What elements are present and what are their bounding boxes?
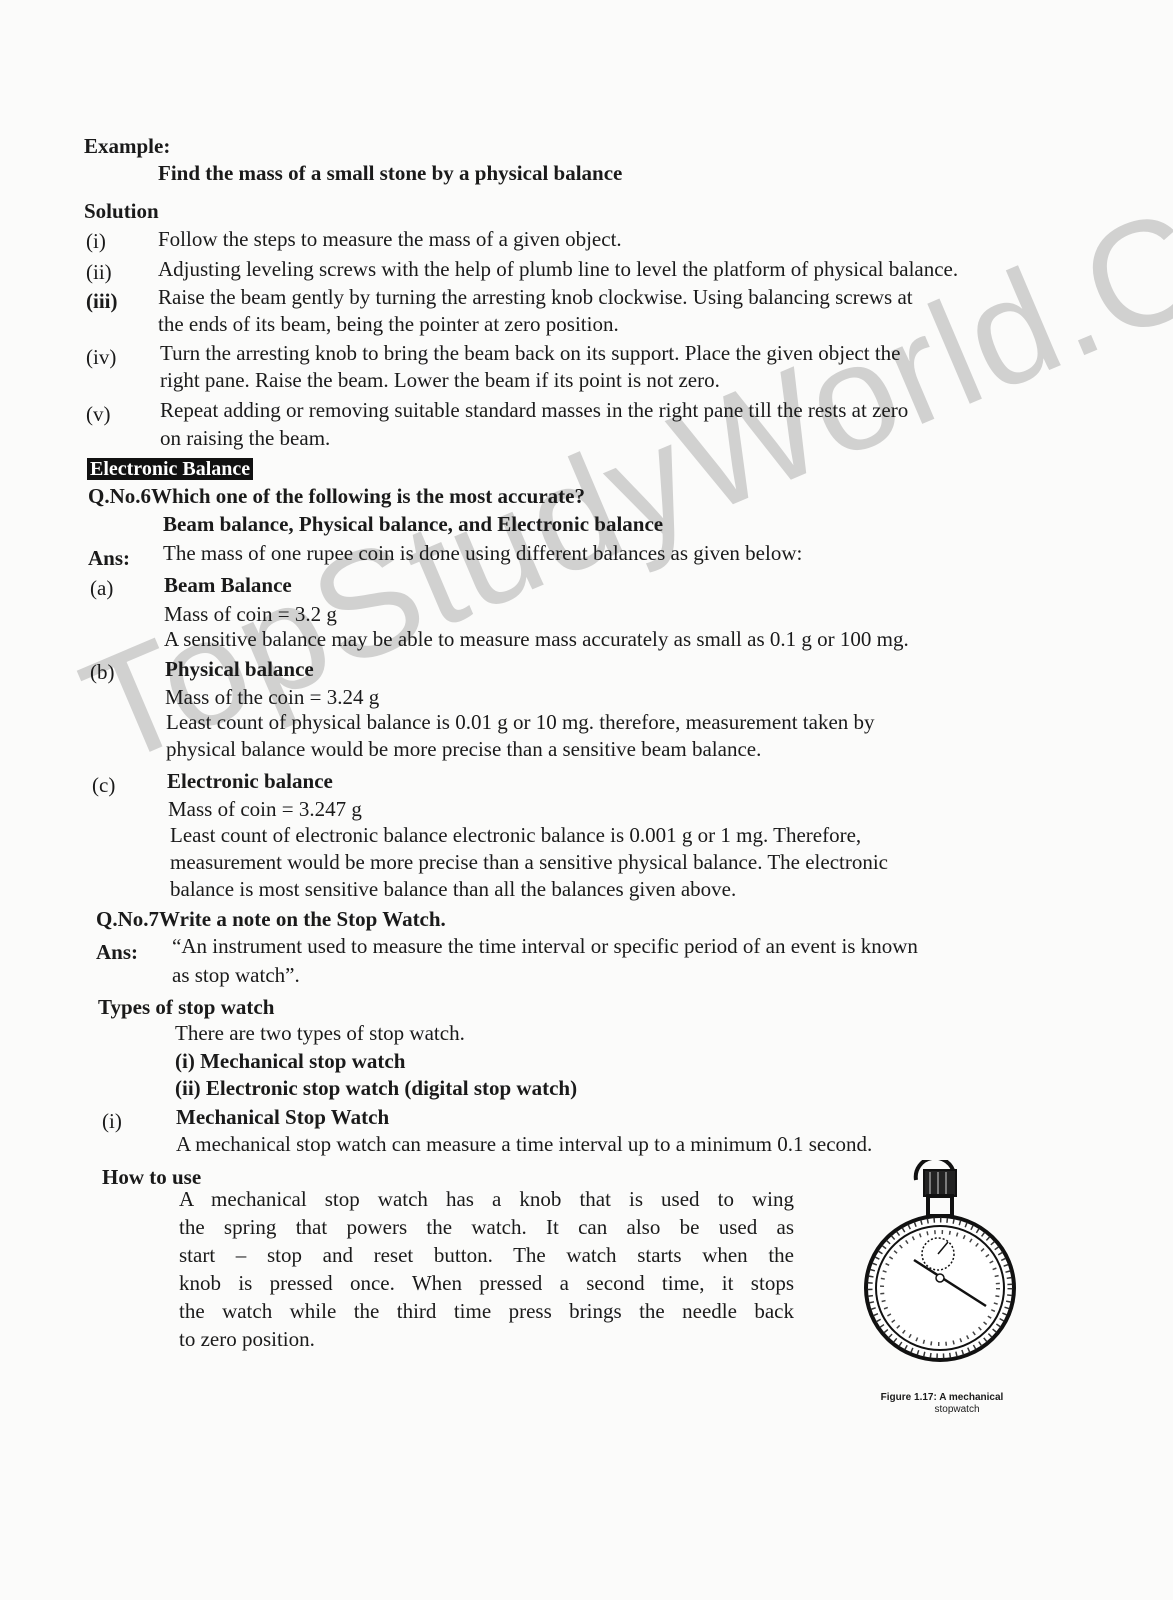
part-mass: Mass of the coin = 3.24 g	[165, 684, 379, 710]
step-text: Follow the steps to measure the mass of …	[158, 226, 622, 252]
step-label: (ii)	[86, 259, 112, 285]
step-text: Adjusting leveling screws with the help …	[158, 256, 958, 282]
step-text: Raise the beam gently by turning the arr…	[158, 284, 913, 310]
document-page: TopStudyWorld.Com Example: Find the mass…	[0, 0, 1173, 1600]
step-label: (i)	[86, 228, 106, 254]
q6-ans-text: The mass of one rupee coin is done using…	[163, 540, 802, 566]
q7-ans-text: “An instrument used to measure the time …	[172, 933, 918, 959]
part-mass: Mass of coin = 3.2 g	[164, 601, 337, 627]
mech-title: Mechanical Stop Watch	[176, 1104, 389, 1130]
example-heading: Example:	[84, 133, 170, 159]
step-label: (iv)	[86, 344, 116, 370]
step-text: Turn the arresting knob to bring the bea…	[160, 340, 901, 366]
part-title: Electronic balance	[167, 768, 333, 794]
part-title: Physical balance	[165, 656, 314, 682]
solution-heading: Solution	[84, 198, 159, 224]
q7-question: Q.No.7Write a note on the Stop Watch.	[96, 906, 446, 932]
part-text: A sensitive balance may be able to measu…	[164, 626, 909, 652]
part-label: (a)	[90, 575, 113, 601]
caption-line: stopwatch	[862, 1404, 1022, 1416]
q6-question: Q.No.6Which one of the following is the …	[88, 483, 585, 509]
how-line: the spring that powers the watch. It can…	[179, 1214, 794, 1240]
caption-line: Figure 1.17: A mechanical	[862, 1392, 1022, 1404]
step-text: Repeat adding or removing suitable stand…	[160, 397, 908, 423]
part-text: balance is most sensitive balance than a…	[170, 876, 736, 902]
q6-ans-label: Ans:	[88, 545, 130, 571]
how-line: the watch while the third time press bri…	[179, 1298, 794, 1324]
mech-text: A mechanical stop watch can measure a ti…	[176, 1131, 872, 1157]
figure-caption: Figure 1.17: A mechanical stopwatch	[862, 1392, 1022, 1416]
stopwatch-figure	[858, 1160, 1028, 1390]
part-text: physical balance would be more precise t…	[166, 736, 761, 762]
mech-label: (i)	[102, 1108, 122, 1134]
how-line: A mechanical stop watch has a knob that …	[179, 1186, 794, 1212]
part-label: (b)	[90, 659, 115, 685]
type-item: (i) Mechanical stop watch	[175, 1048, 405, 1074]
q7-ans-text: as stop watch”.	[172, 962, 300, 988]
part-text: Least count of electronic balance electr…	[170, 822, 861, 848]
part-title: Beam Balance	[164, 572, 292, 598]
part-label: (c)	[92, 772, 115, 798]
q7-ans-label: Ans:	[96, 939, 138, 965]
q6-subtitle: Beam balance, Physical balance, and Elec…	[163, 511, 663, 537]
section-badge: Electronic Balance	[87, 455, 253, 482]
part-text: Least count of physical balance is 0.01 …	[166, 709, 875, 735]
step-text: on raising the beam.	[160, 425, 330, 451]
part-mass: Mass of coin = 3.247 g	[168, 796, 362, 822]
part-text: measurement would be more precise than a…	[170, 849, 888, 875]
step-label: (v)	[86, 401, 111, 427]
how-line: knob is pressed once. When pressed a sec…	[179, 1270, 794, 1296]
type-item: (ii) Electronic stop watch (digital stop…	[175, 1075, 577, 1101]
types-heading: Types of stop watch	[98, 994, 274, 1020]
example-title: Find the mass of a small stone by a phys…	[158, 160, 622, 186]
step-text: right pane. Raise the beam. Lower the be…	[160, 367, 720, 393]
types-intro: There are two types of stop watch.	[175, 1020, 465, 1046]
stopwatch-icon	[858, 1160, 1028, 1390]
step-label: (iii)	[86, 288, 118, 314]
how-line: start – stop and reset button. The watch…	[179, 1242, 794, 1268]
how-line: to zero position.	[179, 1326, 315, 1352]
step-text: the ends of its beam, being the pointer …	[158, 311, 619, 337]
